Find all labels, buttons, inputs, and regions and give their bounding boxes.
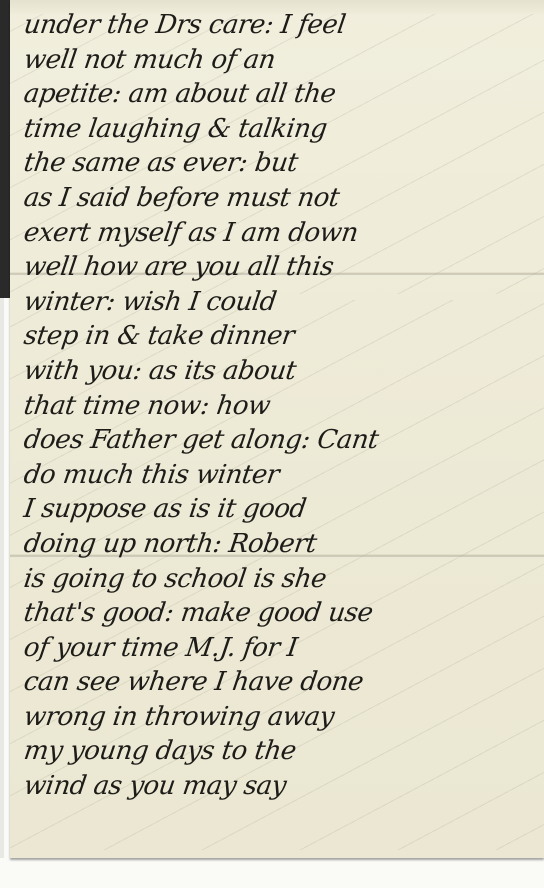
text-line: wrong in throwing away bbox=[22, 700, 537, 735]
text-line: step in & take dinner bbox=[22, 319, 537, 354]
scan-edge-dark bbox=[0, 0, 10, 298]
text-line: with you: as its about bbox=[22, 354, 537, 389]
text-line: as I said before must not bbox=[22, 181, 537, 216]
text-line: do much this winter bbox=[22, 458, 537, 493]
scan-edge-light bbox=[0, 298, 4, 858]
text-line: wind as you may say bbox=[22, 769, 537, 804]
text-line: of your time M.J. for I bbox=[22, 631, 537, 666]
text-line: well how are you all this bbox=[22, 250, 537, 285]
text-line: winter: wish I could bbox=[22, 285, 537, 320]
text-line: exert myself as I am down bbox=[22, 216, 537, 251]
text-line: I suppose as is it good bbox=[22, 492, 537, 527]
text-line: under the Drs care: I feel bbox=[22, 8, 537, 43]
text-line: is going to school is she bbox=[22, 562, 537, 597]
text-line: can see where I have done bbox=[22, 665, 537, 700]
text-line: does Father get along: Cant bbox=[22, 423, 537, 458]
text-line: the same as ever: but bbox=[22, 146, 537, 181]
text-line: time laughing & talking bbox=[22, 112, 537, 147]
text-line: my young days to the bbox=[22, 734, 537, 769]
text-line: that's good: make good use bbox=[22, 596, 537, 631]
handwritten-text-block: under the Drs care: I feel well not much… bbox=[24, 8, 534, 804]
text-line: well not much of an bbox=[22, 43, 537, 78]
text-line: that time now: how bbox=[22, 389, 537, 424]
text-line: doing up north: Robert bbox=[22, 527, 537, 562]
text-line: apetite: am about all the bbox=[22, 77, 537, 112]
document-page: under the Drs care: I feel well not much… bbox=[0, 0, 544, 888]
